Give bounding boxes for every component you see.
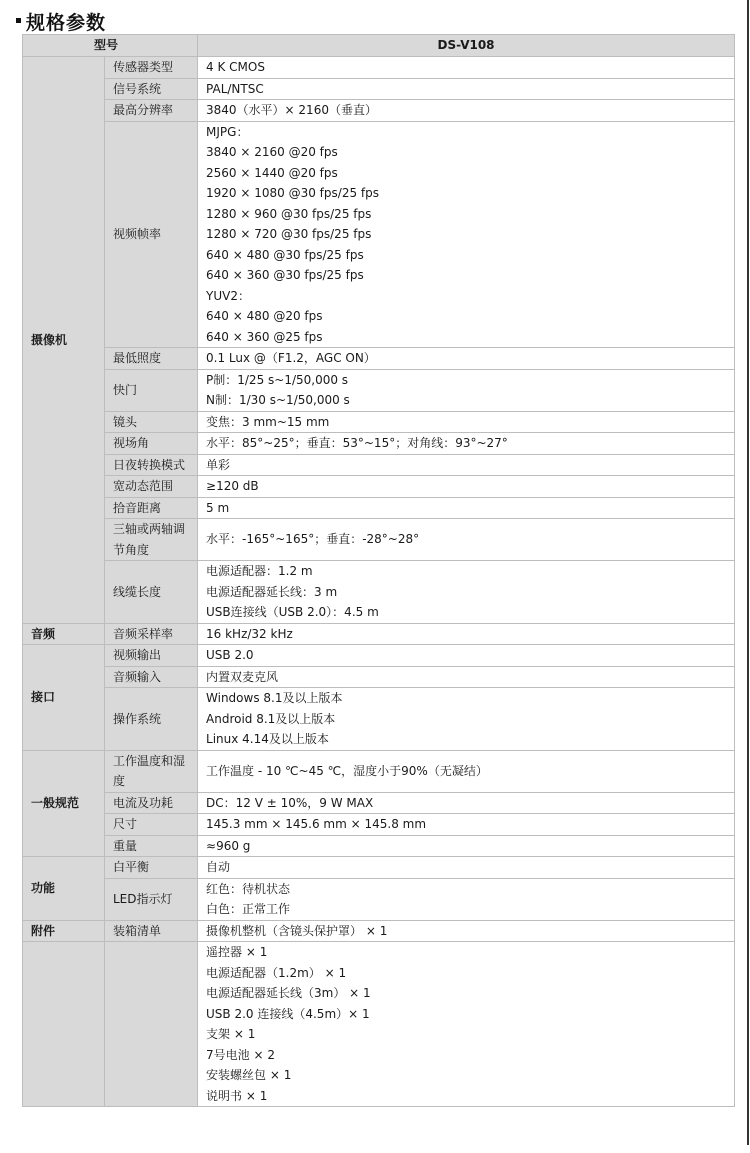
value-cell: 16 kHz/32 kHz [198, 623, 735, 645]
value-line: 640 × 360 @25 fps [206, 327, 726, 348]
value-line: 电源适配器（1.2m） × 1 [206, 963, 726, 984]
value-line: 电源适配器延长线（3m） × 1 [206, 983, 726, 1004]
parameter-cell: 宽动态范围 [105, 476, 198, 498]
value-cell: Windows 8.1及以上版本Android 8.1及以上版本Linux 4.… [198, 688, 735, 751]
value-line: YUV2： [206, 286, 726, 307]
value-line: 7号电池 × 2 [206, 1045, 726, 1066]
value-cell: 3840（水平）× 2160（垂直） [198, 100, 735, 122]
value-line: 水平：-165°~165°；垂直：-28°~28° [206, 529, 726, 550]
header-model-label: 型号 [23, 35, 198, 57]
value-cell: 水平：85°~25°；垂直：53°~15°；对角线：93°~27° [198, 433, 735, 455]
category-cell: 一般规范 [23, 750, 105, 857]
value-line: 3840 × 2160 @20 fps [206, 142, 726, 163]
parameter-cell: 电流及功耗 [105, 792, 198, 814]
value-cell: 变焦：3 mm~15 mm [198, 411, 735, 433]
value-cell: ≈960 g [198, 835, 735, 857]
parameter-cell: 音频输入 [105, 666, 198, 688]
value-line: 1280 × 720 @30 fps/25 fps [206, 224, 726, 245]
parameter-cell: 视频输出 [105, 645, 198, 667]
section-title-text: 规格参数 [26, 12, 106, 34]
value-cell: P制：1/25 s~1/50,000 sN制：1/30 s~1/50,000 s [198, 369, 735, 411]
table-row: 最低照度0.1 Lux @（F1.2，AGC ON） [23, 348, 735, 370]
value-line: 摄像机整机（含镜头保护罩） × 1 [206, 921, 726, 942]
value-line: DC：12 V ± 10%，9 W MAX [206, 793, 726, 814]
table-row: 附件装箱清单摄像机整机（含镜头保护罩） × 1 [23, 920, 735, 942]
value-line: 1920 × 1080 @30 fps/25 fps [206, 183, 726, 204]
value-line: 640 × 480 @30 fps/25 fps [206, 245, 726, 266]
table-row: 音频输入内置双麦克风 [23, 666, 735, 688]
table-row: 音频音频采样率16 kHz/32 kHz [23, 623, 735, 645]
value-line: 3840（水平）× 2160（垂直） [206, 100, 726, 121]
value-cell: ≥120 dB [198, 476, 735, 498]
value-cell: 0.1 Lux @（F1.2，AGC ON） [198, 348, 735, 370]
table-row: 镜头变焦：3 mm~15 mm [23, 411, 735, 433]
value-line: Windows 8.1及以上版本 [206, 688, 726, 709]
table-row: 信号系统PAL/NTSC [23, 78, 735, 100]
parameter-cell: 线缆长度 [105, 561, 198, 624]
value-line: 电源适配器：1.2 m [206, 561, 726, 582]
parameter-cell: 白平衡 [105, 857, 198, 879]
value-line: ≈960 g [206, 836, 726, 857]
value-line: 遥控器 × 1 [206, 942, 726, 963]
parameter-cell: 视场角 [105, 433, 198, 455]
parameter-cell [105, 942, 198, 1107]
value-line: P制：1/25 s~1/50,000 s [206, 370, 726, 391]
value-line: Linux 4.14及以上版本 [206, 729, 726, 750]
table-row: 拾音距离5 m [23, 497, 735, 519]
bullet-icon [16, 18, 21, 23]
value-line: USB连接线（USB 2.0）：4.5 m [206, 602, 726, 623]
page-edge-line [747, 0, 749, 1145]
parameter-cell: 快门 [105, 369, 198, 411]
category-cell: 摄像机 [23, 57, 105, 624]
value-cell: PAL/NTSC [198, 78, 735, 100]
value-cell: 工作温度 - 10 ℃~45 ℃，湿度小于90%（无凝结） [198, 750, 735, 792]
category-cell: 接口 [23, 645, 105, 751]
value-line: MJPG： [206, 122, 726, 143]
category-cell: 附件 [23, 920, 105, 942]
table-row: 重量≈960 g [23, 835, 735, 857]
parameter-cell: 工作温度和湿度 [105, 750, 198, 792]
value-line: 红色：待机状态 [206, 879, 726, 900]
value-line: 0.1 Lux @（F1.2，AGC ON） [206, 348, 726, 369]
category-cell [23, 942, 105, 1107]
parameter-cell: 最高分辨率 [105, 100, 198, 122]
parameter-cell: 最低照度 [105, 348, 198, 370]
table-row: 三轴或两轴调节角度水平：-165°~165°；垂直：-28°~28° [23, 519, 735, 561]
table-row: LED指示灯红色：待机状态白色：正常工作 [23, 878, 735, 920]
table-row: 尺寸145.3 mm × 145.6 mm × 145.8 mm [23, 814, 735, 836]
category-cell: 功能 [23, 857, 105, 921]
parameter-cell: 镜头 [105, 411, 198, 433]
value-cell: 145.3 mm × 145.6 mm × 145.8 mm [198, 814, 735, 836]
value-line: 水平：85°~25°；垂直：53°~15°；对角线：93°~27° [206, 433, 726, 454]
value-cell: DC：12 V ± 10%，9 W MAX [198, 792, 735, 814]
value-cell: 摄像机整机（含镜头保护罩） × 1 [198, 920, 735, 942]
table-row: 宽动态范围≥120 dB [23, 476, 735, 498]
parameter-cell: 传感器类型 [105, 57, 198, 79]
value-cell: 内置双麦克风 [198, 666, 735, 688]
value-cell: 电源适配器：1.2 m电源适配器延长线：3 mUSB连接线（USB 2.0）：4… [198, 561, 735, 624]
value-line: 安装螺丝包 × 1 [206, 1065, 726, 1086]
table-row: 最高分辨率3840（水平）× 2160（垂直） [23, 100, 735, 122]
value-cell: USB 2.0 [198, 645, 735, 667]
table-row: 遥控器 × 1电源适配器（1.2m） × 1电源适配器延长线（3m） × 1US… [23, 942, 735, 1107]
value-line: 1280 × 960 @30 fps/25 fps [206, 204, 726, 225]
value-cell: 自动 [198, 857, 735, 879]
table-row: 接口视频输出USB 2.0 [23, 645, 735, 667]
value-line: 白色：正常工作 [206, 899, 726, 920]
value-cell: MJPG：3840 × 2160 @20 fps2560 × 1440 @20 … [198, 121, 735, 348]
value-line: N制：1/30 s~1/50,000 s [206, 390, 726, 411]
header-model-value: DS-V108 [198, 35, 735, 57]
parameter-cell: 装箱清单 [105, 920, 198, 942]
table-row: 电流及功耗DC：12 V ± 10%，9 W MAX [23, 792, 735, 814]
value-line: 16 kHz/32 kHz [206, 624, 726, 645]
parameter-cell: 日夜转换模式 [105, 454, 198, 476]
value-line: USB 2.0 连接线（4.5m）× 1 [206, 1004, 726, 1025]
value-line: 640 × 480 @20 fps [206, 306, 726, 327]
value-line: 5 m [206, 498, 726, 519]
table-row: 一般规范工作温度和湿度工作温度 - 10 ℃~45 ℃，湿度小于90%（无凝结） [23, 750, 735, 792]
value-line: 支架 × 1 [206, 1024, 726, 1045]
value-line: 内置双麦克风 [206, 667, 726, 688]
table-row: 视场角水平：85°~25°；垂直：53°~15°；对角线：93°~27° [23, 433, 735, 455]
value-line: 145.3 mm × 145.6 mm × 145.8 mm [206, 814, 726, 835]
value-line: ≥120 dB [206, 476, 726, 497]
value-cell: 水平：-165°~165°；垂直：-28°~28° [198, 519, 735, 561]
table-row: 摄像机传感器类型4 K CMOS [23, 57, 735, 79]
value-line: USB 2.0 [206, 645, 726, 666]
value-line: PAL/NTSC [206, 79, 726, 100]
value-line: 说明书 × 1 [206, 1086, 726, 1107]
value-cell: 红色：待机状态白色：正常工作 [198, 878, 735, 920]
parameter-cell: 视频帧率 [105, 121, 198, 348]
table-row: 操作系统Windows 8.1及以上版本Android 8.1及以上版本Linu… [23, 688, 735, 751]
value-line: 自动 [206, 857, 726, 878]
value-line: 2560 × 1440 @20 fps [206, 163, 726, 184]
table-row: 视频帧率MJPG：3840 × 2160 @20 fps2560 × 1440 … [23, 121, 735, 348]
value-line: Android 8.1及以上版本 [206, 709, 726, 730]
parameter-cell: 操作系统 [105, 688, 198, 751]
value-cell: 4 K CMOS [198, 57, 735, 79]
value-line: 4 K CMOS [206, 57, 726, 78]
parameter-cell: 尺寸 [105, 814, 198, 836]
parameter-cell: 信号系统 [105, 78, 198, 100]
value-line: 640 × 360 @30 fps/25 fps [206, 265, 726, 286]
value-line: 变焦：3 mm~15 mm [206, 412, 726, 433]
value-cell: 5 m [198, 497, 735, 519]
table-header-row: 型号 DS-V108 [23, 35, 735, 57]
section-title: 规格参数 [16, 8, 106, 35]
parameter-cell: LED指示灯 [105, 878, 198, 920]
table-row: 功能白平衡自动 [23, 857, 735, 879]
category-cell: 音频 [23, 623, 105, 645]
table-row: 日夜转换模式单彩 [23, 454, 735, 476]
spec-table: 型号 DS-V108 摄像机传感器类型4 K CMOS信号系统PAL/NTSC最… [22, 34, 735, 1107]
value-line: 电源适配器延长线：3 m [206, 582, 726, 603]
value-cell: 单彩 [198, 454, 735, 476]
value-line: 工作温度 - 10 ℃~45 ℃，湿度小于90%（无凝结） [206, 761, 726, 782]
parameter-cell: 三轴或两轴调节角度 [105, 519, 198, 561]
parameter-cell: 音频采样率 [105, 623, 198, 645]
parameter-cell: 拾音距离 [105, 497, 198, 519]
value-line: 单彩 [206, 455, 726, 476]
parameter-cell: 重量 [105, 835, 198, 857]
value-cell: 遥控器 × 1电源适配器（1.2m） × 1电源适配器延长线（3m） × 1US… [198, 942, 735, 1107]
table-row: 快门P制：1/25 s~1/50,000 sN制：1/30 s~1/50,000… [23, 369, 735, 411]
table-row: 线缆长度电源适配器：1.2 m电源适配器延长线：3 mUSB连接线（USB 2.… [23, 561, 735, 624]
